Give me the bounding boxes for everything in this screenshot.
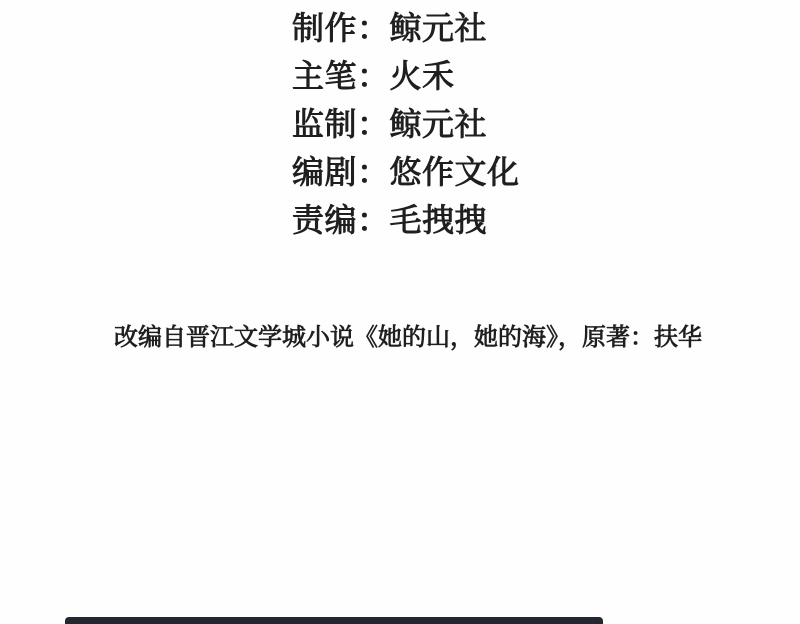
credit-line-screenwriter: 编剧：悠作文化: [292, 148, 520, 196]
adaptation-source-note: 改编自晋江文学城小说《她的山，她的海》，原著：扶华: [8, 322, 800, 353]
next-panel-top-edge: [65, 617, 603, 624]
credit-line-lead-artist: 主笔：火禾: [292, 52, 520, 100]
comic-credits-page: 制作：鲸元社 主笔：火禾 监制：鲸元社 编剧：悠作文化 责编：毛拽拽 改编自晋江…: [0, 0, 800, 624]
credits-block: 制作：鲸元社 主笔：火禾 监制：鲸元社 编剧：悠作文化 责编：毛拽拽: [292, 4, 520, 244]
credit-line-editor: 责编：毛拽拽: [292, 196, 520, 244]
credit-line-production: 制作：鲸元社: [292, 4, 520, 52]
credit-line-supervisor: 监制：鲸元社: [292, 100, 520, 148]
